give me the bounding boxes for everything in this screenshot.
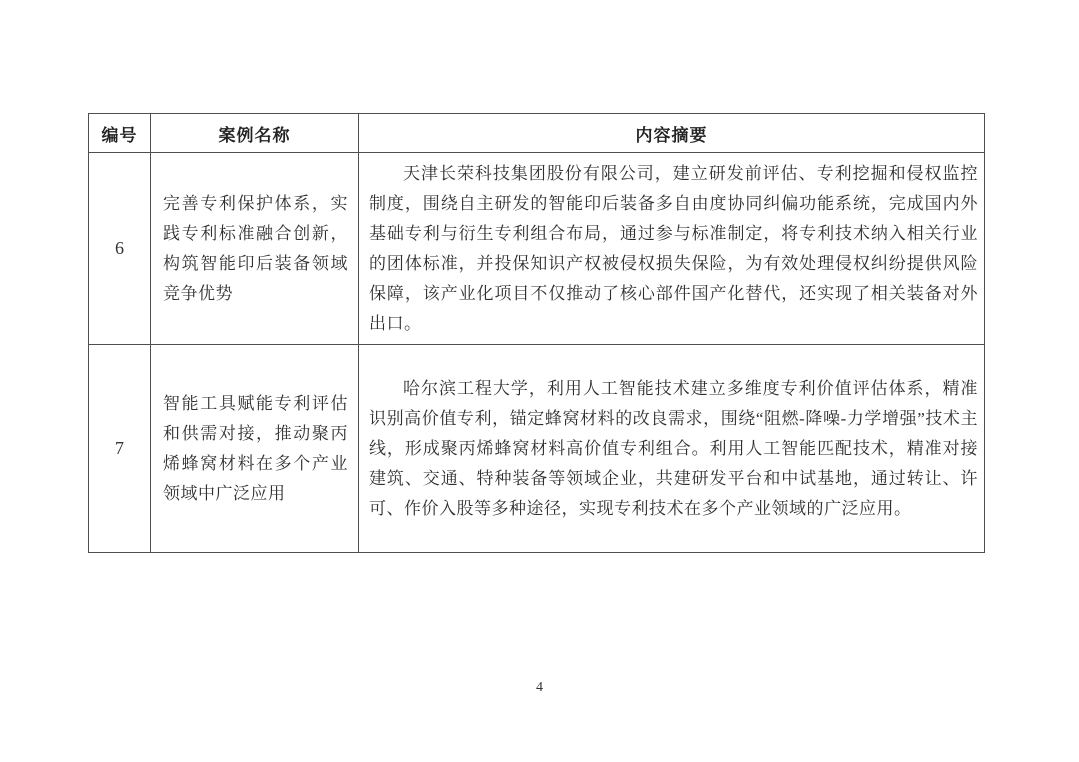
- col-header-number: 编号: [89, 114, 151, 153]
- col-header-case-name: 案例名称: [151, 114, 359, 153]
- table-header-row: 编号 案例名称 内容摘要: [89, 114, 984, 153]
- table-row: 6 完善专利保护体系，实践专利标准融合创新，构筑智能印后装备领域竞争优势 天津长…: [89, 153, 984, 345]
- document-page: 编号 案例名称 内容摘要 6 完善专利保护体系，实践专利标准融合创新，构筑智能印…: [0, 0, 1079, 762]
- case-name-cell: 智能工具赋能专利评估和供需对接，推动聚丙烯蜂窝材料在多个产业领域中广泛应用: [151, 345, 359, 552]
- col-header-summary: 内容摘要: [359, 114, 984, 153]
- case-name: 完善专利保护体系，实践专利标准融合创新，构筑智能印后装备领域竞争优势: [163, 189, 348, 309]
- case-number: 6: [89, 153, 151, 345]
- case-summary: 哈尔滨工程大学，利用人工智能技术建立多维度专利价值评估体系，精准识别高价值专利，…: [369, 374, 978, 524]
- case-name-cell: 完善专利保护体系，实践专利标准融合创新，构筑智能印后装备领域竞争优势: [151, 153, 359, 345]
- case-summary: 天津长荣科技集团股份有限公司，建立研发前评估、专利挖掘和侵权监控制度，围绕自主研…: [369, 159, 978, 339]
- table-row: 7 智能工具赋能专利评估和供需对接，推动聚丙烯蜂窝材料在多个产业领域中广泛应用 …: [89, 345, 984, 552]
- case-summary-cell: 天津长荣科技集团股份有限公司，建立研发前评估、专利挖掘和侵权监控制度，围绕自主研…: [359, 153, 984, 345]
- case-number: 7: [89, 345, 151, 552]
- page-number: 4: [536, 680, 543, 696]
- case-name: 智能工具赋能专利评估和供需对接，推动聚丙烯蜂窝材料在多个产业领域中广泛应用: [163, 389, 348, 509]
- cases-table: 编号 案例名称 内容摘要 6 完善专利保护体系，实践专利标准融合创新，构筑智能印…: [88, 113, 985, 553]
- case-summary-cell: 哈尔滨工程大学，利用人工智能技术建立多维度专利价值评估体系，精准识别高价值专利，…: [359, 345, 984, 552]
